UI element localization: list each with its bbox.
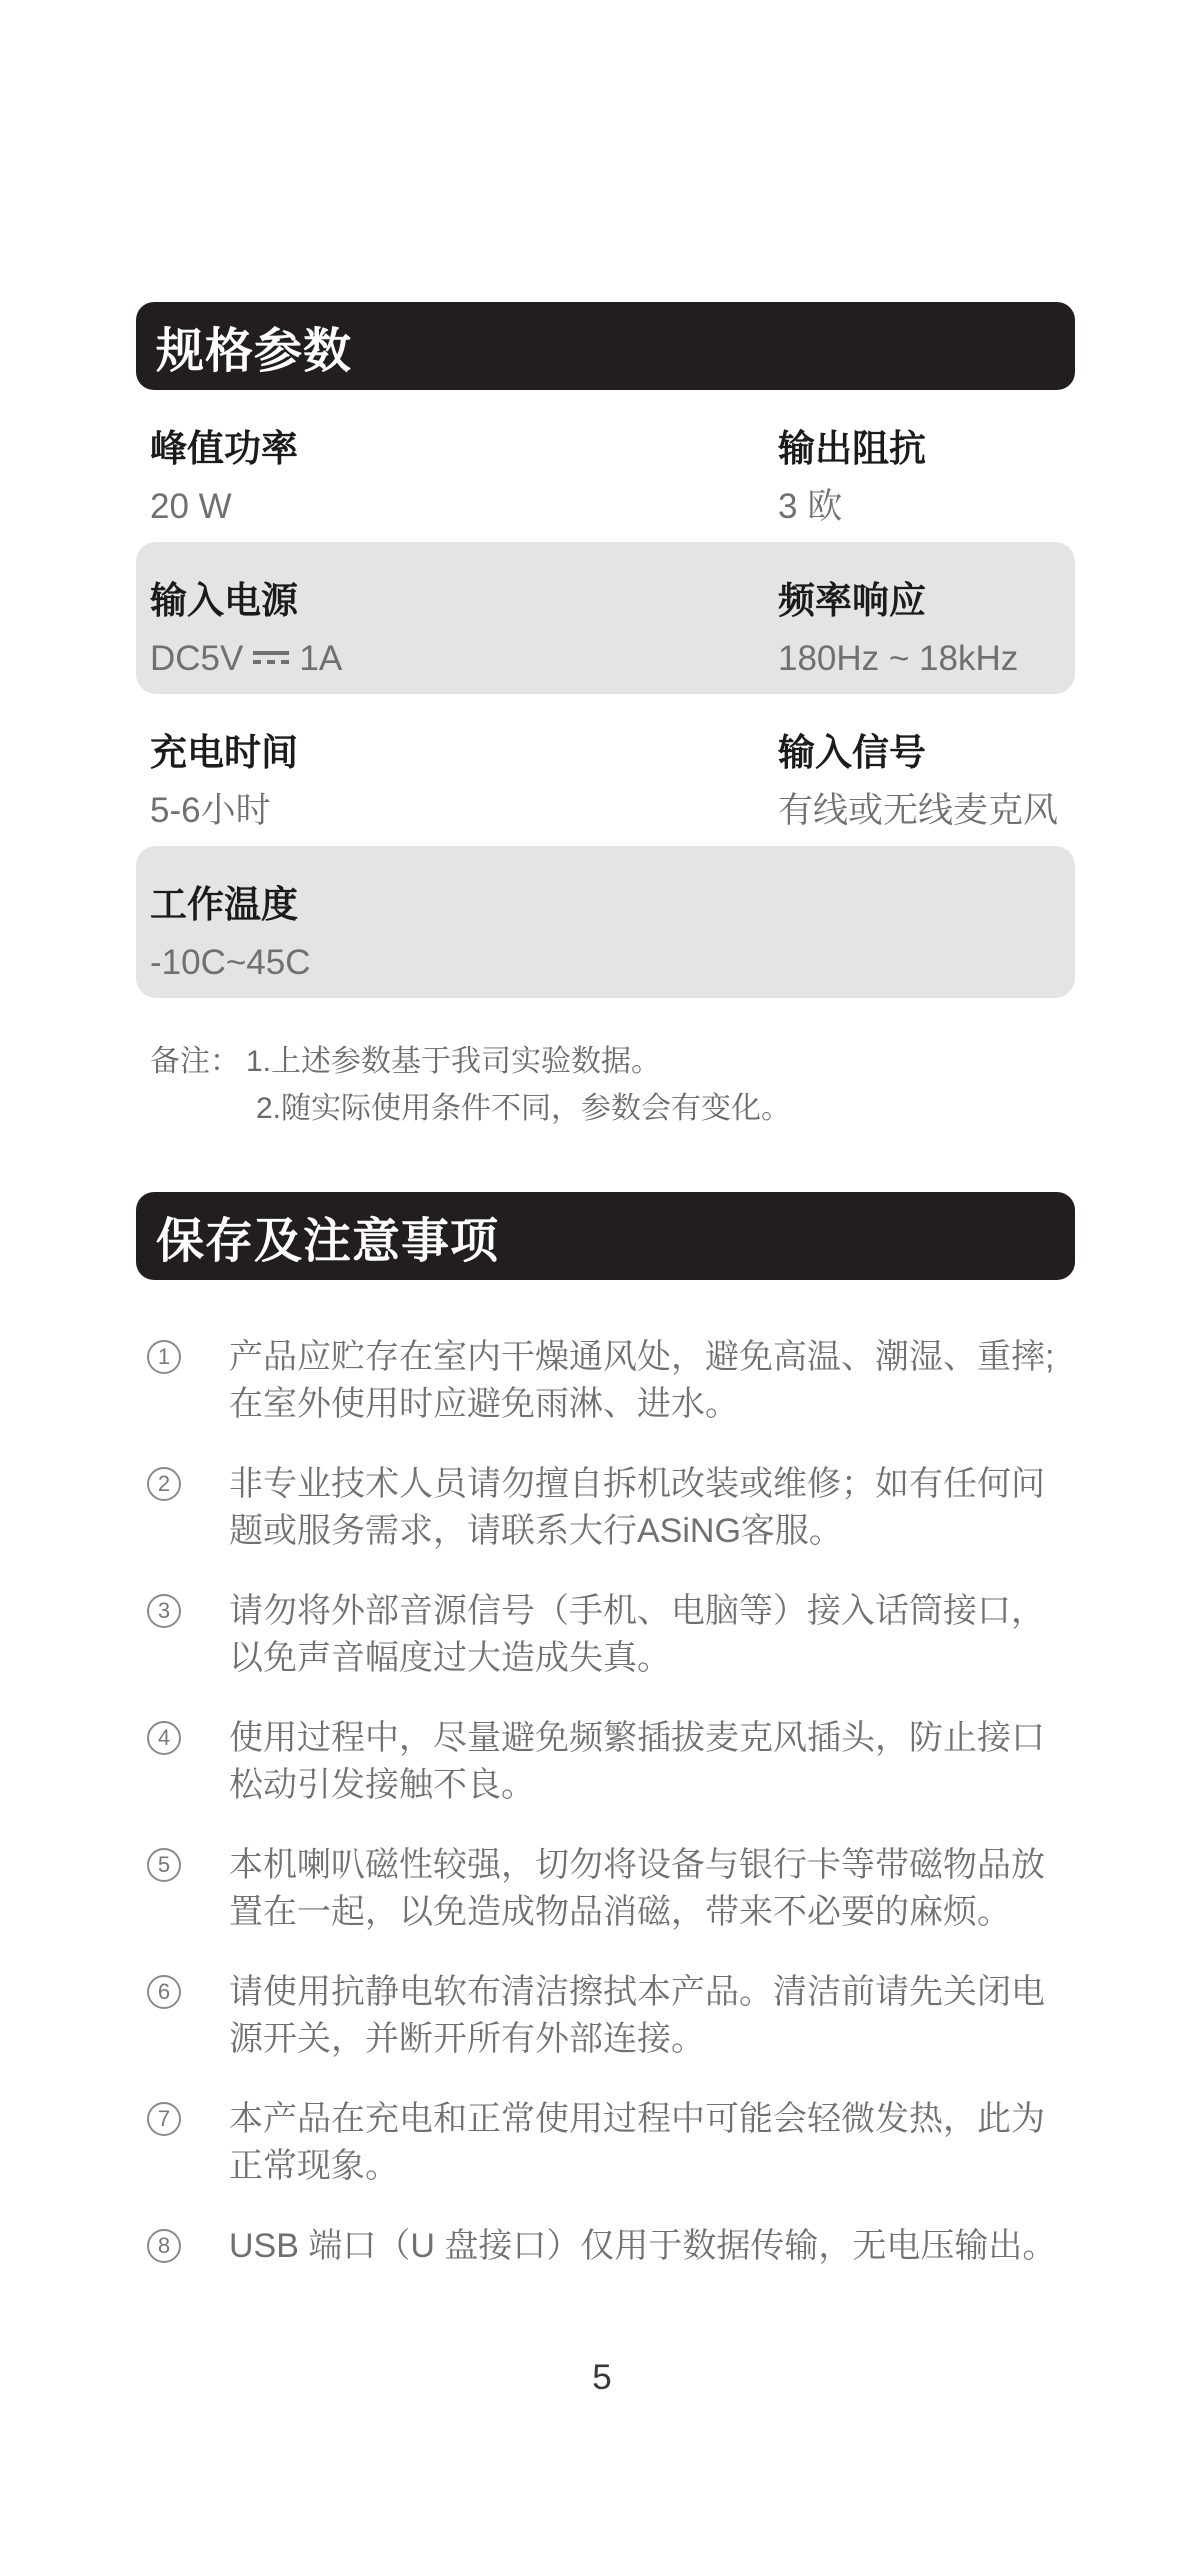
spec-label: 频率响应 — [778, 582, 1075, 619]
spec-table: 峰值功率 20 W 输出阻抗 3 欧 输入电源 DC5V1A 频率响应 180H… — [136, 390, 1075, 998]
spec-cell-charge-time: 充电时间 5-6小时 — [150, 734, 778, 846]
spec-section-title: 规格参数 — [156, 312, 352, 381]
spec-row-4: 工作温度 -10C~45C — [136, 846, 1075, 998]
spec-value: 180Hz ~ 18kHz — [778, 641, 1075, 676]
spec-cell-input-signal: 输入信号 有线或无线麦克风 — [778, 734, 1075, 846]
circled-number: 3 — [147, 1594, 181, 1628]
page-content: 规格参数 峰值功率 20 W 输出阻抗 3 欧 输入电源 DC5V1A 频率响应… — [136, 302, 1075, 2303]
spec-label: 充电时间 — [150, 734, 778, 771]
precautions-section-title: 保存及注意事项 — [156, 1202, 499, 1271]
list-item-text: 本产品在充电和正常使用过程中可能会轻微发热，此为正常现象。 — [229, 2096, 1075, 2190]
precautions-section-header: 保存及注意事项 — [136, 1192, 1075, 1280]
spec-label: 峰值功率 — [150, 430, 778, 467]
list-item: 4 使用过程中，尽量避免频繁插拔麦克风插头，防止接口松动引发接触不良。 — [147, 1715, 1075, 1809]
spec-row-1: 峰值功率 20 W 输出阻抗 3 欧 — [136, 390, 1075, 542]
circled-number: 8 — [147, 2229, 181, 2263]
spec-value: 5-6小时 — [150, 793, 778, 828]
list-item-text: 请使用抗静电软布清洁擦拭本产品。清洁前请先关闭电源开关，并断开所有外部连接。 — [229, 1969, 1075, 2063]
list-item-text: USB 端口（U 盘接口）仅用于数据传输，无电压输出。 — [229, 2223, 1075, 2270]
note-line-1: 1.上述参数基于我司实验数据。 — [246, 1038, 791, 1085]
list-item: 5 本机喇叭磁性较强，切勿将设备与银行卡等带磁物品放置在一起，以免造成物品消磁，… — [147, 1842, 1075, 1936]
spec-value: DC5V1A — [150, 641, 778, 676]
spec-cell-empty — [778, 886, 1075, 998]
notes-lines: 1.上述参数基于我司实验数据。 2.随实际使用条件不同，参数会有变化。 — [246, 1038, 791, 1132]
notes-label: 备注： — [150, 1038, 240, 1132]
list-item: 3 请勿将外部音源信号（手机、电脑等）接入话筒接口，以免声音幅度过大造成失真。 — [147, 1588, 1075, 1682]
notes: 备注： 1.上述参数基于我司实验数据。 2.随实际使用条件不同，参数会有变化。 — [136, 1038, 1075, 1132]
spec-cell-input-power: 输入电源 DC5V1A — [150, 582, 778, 694]
spec-label: 输入电源 — [150, 582, 778, 619]
list-item: 2 非专业技术人员请勿擅自拆机改装或维修；如有任何问题或服务需求，请联系大行AS… — [147, 1461, 1075, 1555]
spec-section-header: 规格参数 — [136, 302, 1075, 390]
list-item-text: 产品应贮存在室内干燥通风处，避免高温、潮湿、重摔;在室外使用时应避免雨淋、进水。 — [229, 1334, 1075, 1428]
list-item: 8 USB 端口（U 盘接口）仅用于数据传输，无电压输出。 — [147, 2223, 1075, 2270]
spec-cell-working-temperature: 工作温度 -10C~45C — [150, 886, 778, 998]
dc-symbol-icon — [253, 651, 289, 664]
spec-value: -10C~45C — [150, 945, 778, 980]
circled-number: 2 — [147, 1467, 181, 1501]
spec-value: 有线或无线麦克风 — [778, 793, 1075, 828]
dc-voltage: DC5V — [150, 639, 243, 678]
spec-cell-output-impedance: 输出阻抗 3 欧 — [778, 430, 1075, 542]
page-number: 5 — [0, 2358, 1204, 2398]
circled-number: 1 — [147, 1340, 181, 1374]
list-item: 7 本产品在充电和正常使用过程中可能会轻微发热，此为正常现象。 — [147, 2096, 1075, 2190]
circled-number: 5 — [147, 1848, 181, 1882]
spec-value: 20 W — [150, 489, 778, 524]
list-item: 1 产品应贮存在室内干燥通风处，避免高温、潮湿、重摔;在室外使用时应避免雨淋、进… — [147, 1334, 1075, 1428]
list-item-text: 本机喇叭磁性较强，切勿将设备与银行卡等带磁物品放置在一起，以免造成物品消磁，带来… — [229, 1842, 1075, 1936]
spec-label: 输入信号 — [778, 734, 1075, 771]
circled-number: 4 — [147, 1721, 181, 1755]
dc-current: 1A — [299, 639, 342, 678]
circled-number: 6 — [147, 1975, 181, 2009]
spec-row-2: 输入电源 DC5V1A 频率响应 180Hz ~ 18kHz — [136, 542, 1075, 694]
list-item-text: 请勿将外部音源信号（手机、电脑等）接入话筒接口，以免声音幅度过大造成失真。 — [229, 1588, 1075, 1682]
precautions-list: 1 产品应贮存在室内干燥通风处，避免高温、潮湿、重摔;在室外使用时应避免雨淋、进… — [136, 1334, 1075, 2270]
spec-label: 工作温度 — [150, 886, 778, 923]
spec-cell-peak-power: 峰值功率 20 W — [150, 430, 778, 542]
spec-label: 输出阻抗 — [778, 430, 1075, 467]
list-item: 6 请使用抗静电软布清洁擦拭本产品。清洁前请先关闭电源开关，并断开所有外部连接。 — [147, 1969, 1075, 2063]
circled-number: 7 — [147, 2102, 181, 2136]
list-item-text: 使用过程中，尽量避免频繁插拔麦克风插头，防止接口松动引发接触不良。 — [229, 1715, 1075, 1809]
spec-value: 3 欧 — [778, 489, 1075, 524]
note-line-2: 2.随实际使用条件不同，参数会有变化。 — [256, 1085, 791, 1132]
spec-row-3: 充电时间 5-6小时 输入信号 有线或无线麦克风 — [136, 694, 1075, 846]
list-item-text: 非专业技术人员请勿擅自拆机改装或维修；如有任何问题或服务需求，请联系大行ASiN… — [229, 1461, 1075, 1555]
spec-cell-frequency-response: 频率响应 180Hz ~ 18kHz — [778, 582, 1075, 694]
